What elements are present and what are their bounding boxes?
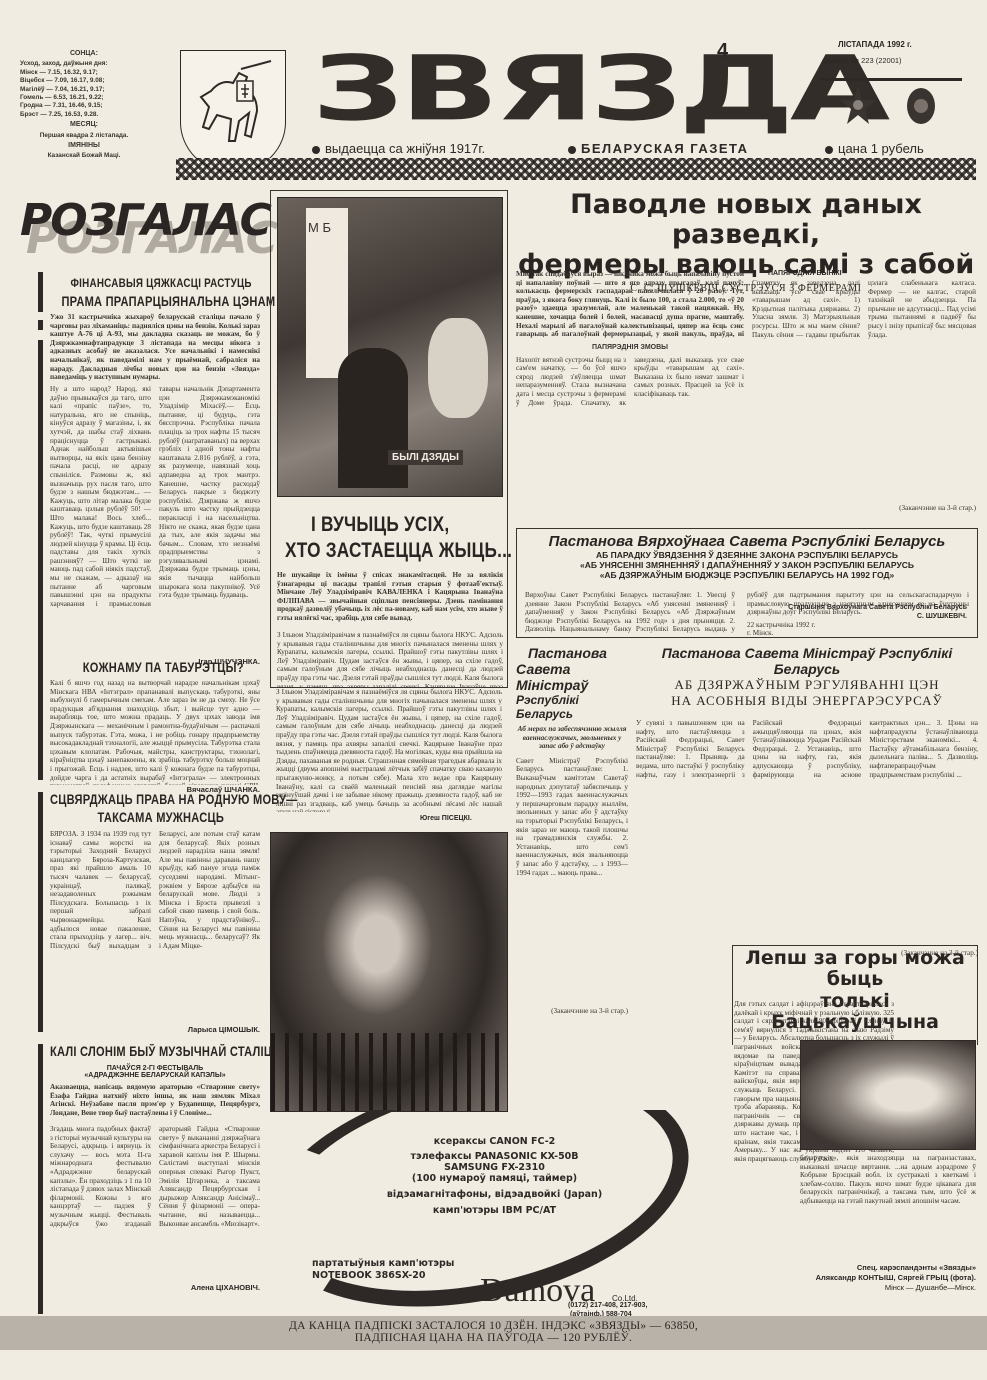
decree-place: г. Мінск. (747, 629, 773, 638)
sun-row: Магілёў — 7.04, 16.21, 9.17; (20, 86, 148, 94)
sun-heading: СОНЦА: (20, 50, 148, 58)
subscription-footer: ДА КАНЦА ПАДПІСКІ ЗАСТАЛОСЯ 10 ДЗЁН. ІНД… (0, 1316, 987, 1350)
photo-story-headline: І ВУЧЫЦЬ УСІХ, (311, 513, 449, 537)
article-kicker: «АДРАДЖЭННЕ БЕЛАРУСКАЙ КАПЭЛЫ» (50, 1072, 260, 1079)
decree-title: Рэспублікі Беларусь (516, 693, 628, 721)
issue-number: серада, № 223 (22001) (822, 56, 902, 65)
decree-title: Пастанова Савета Міністраў Рэспублікі Бе… (636, 645, 978, 677)
date-rule (820, 78, 962, 81)
photo-story: М Б БЫЛІ ДЗЯДЫ І ВУЧЫЦЬ УСІХ, ХТО ЗАСТАЕ… (270, 190, 508, 688)
decree-signer: С. ШУШКЕВІЧ. (777, 613, 967, 620)
decree-body: Савет Міністраў Рэспублікі Беларусь паст… (516, 757, 628, 1007)
continued-note: (Заканчэнне на 3-й стар.) (752, 504, 976, 513)
feature-headline: Лепш за горы можа быць (734, 948, 976, 991)
sun-row: Гродна — 7.31, 16.46, 9.15; (20, 102, 148, 110)
rozgalas-logo: РОЗГАЛАС РОЗГАЛАС (20, 195, 260, 270)
article-headline: КАЛІ СЛОНІМ БЫЎ МУЗЫЧНАЙ СТАЛІЦАЙ... (50, 1044, 222, 1059)
article-body: БЯРОЗА. З 1934 па 1939 год тут існаваў с… (50, 830, 260, 1025)
supreme-council-decree: Пастанова Вярхоўнага Савета Рэспублікі Б… (516, 528, 978, 638)
ad-line: (100 нумароў памяці, таймер) (272, 1173, 717, 1184)
sun-info-box: СОНЦА: Усход, заход, даўжыня дня: Мінск … (20, 48, 148, 161)
article-kicker: ПАЧАЎСЯ 2-ГІ ФЕСТЫВАЛЬ (50, 1065, 260, 1072)
decree-subtitle: АБ ДЗЯРЖАЎНЫМ РЭГУЛЯВАННІ ЦЭН (636, 677, 978, 693)
lead-body-intro: Мне так спадабаўся выраз — шклянка можа … (516, 270, 744, 338)
article-body: Ну а што народ? Народ, які даўно прывыка… (50, 385, 260, 655)
sun-row: Віцебск — 7.09, 16.17, 9.08; (20, 77, 148, 85)
article-author: Ларыса ЦІМОШЫК. (50, 1025, 260, 1034)
section-head: ПАПЯРЭДНІЯ ЗМОВЫ (516, 344, 744, 353)
feature-route: Мінск — Душанбе—Мінск. (780, 1283, 976, 1292)
photo-story-body: З Ільвом Уладзіміравічам я пазнаёміўся л… (277, 631, 503, 687)
soldier-photo (800, 1040, 976, 1150)
photo-story-lead: Не шукайце іх імёны ў спісах знакамітасц… (277, 571, 503, 627)
sun-row: Брэст — 7.25, 16.53, 9.28. (20, 111, 148, 119)
column-rule (38, 272, 43, 312)
lead-story: Паводле новых даных разведкі, фермеры ва… (516, 190, 976, 525)
article-lead: Ужо 31 кастрычніка жыхароў беларускай ст… (50, 313, 260, 381)
article-headline: КОЖНАМУ ПА ТАБУРЭТЦЫ? (50, 660, 222, 675)
elderly-woman-photo (270, 832, 508, 1112)
article-kicker: ФІНАНСАВЫЯ ЦЯЖКАСЦІ РАСТУЦЬ (50, 276, 222, 290)
decree-title: Пастанова Вярхоўнага Савета Рэспублікі Б… (525, 533, 969, 550)
ornament-band (176, 158, 976, 180)
moon-heading: МЕСЯЦ: (20, 121, 148, 129)
sun-intro: Усход, заход, даўжыня дня: (20, 60, 148, 68)
decree-title: Пастанова (516, 645, 628, 661)
article-body: Калі б яшчэ год назад на вытворчай нарад… (50, 679, 260, 785)
crowd-figure (338, 348, 408, 488)
issue-day: 4 (717, 40, 728, 63)
lead-body-text: Спачатку, як заведзена, далі выказаць ус… (752, 279, 976, 504)
decree-body: У сувязі з павышэннем цэн на нафту, што … (636, 719, 978, 949)
issue-month-year: ЛІСТАПАДА 1992 г. (838, 40, 912, 49)
dziady-photo: М Б БЫЛІ ДЗЯДЫ (277, 197, 503, 497)
feature-authors: Аляксандр КОНТЫШ, Сяргей ГРЫЦ (фота). (780, 1273, 976, 1282)
decree-signer-title: Старшыня Вярхоўнага Савета Рэспублікі Бе… (777, 604, 967, 611)
column-rule (38, 792, 43, 1032)
article-headline: ТАКСАМА МУЖНАСЦЬ (50, 810, 222, 825)
price-line: цана 1 рубель (825, 141, 924, 156)
decree-title: Савета Міністраў (516, 661, 628, 693)
article-body: Згадаць многа падобных фактаў з гісторыі… (50, 1125, 260, 1283)
sun-row: Гомель — 6.53, 16.21, 9.22; (20, 94, 148, 102)
moon-text: Першая квадра 2 лістапада. (20, 132, 148, 140)
feature-photo-caption: беларускіх», якія знаходзяцца на пагранз… (800, 1154, 976, 1256)
masthead-title: ЗВЯЗДА (312, 44, 732, 144)
decree-subtitle: НА АСОБНЫЯ ВІДЫ ЭНЕРГАРЭСУРСАЎ (636, 693, 978, 709)
feature-author-title: Спец. карэспандэнты «Звязды» (780, 1263, 976, 1272)
namedays-heading: ІМЯНІНЫ (20, 142, 148, 150)
footer-line: ПАДПІСНАЯ ЦАНА НА ПАЎГОДА — 120 РУБЛЁЎ. (0, 1332, 987, 1344)
ad-line: SAMSUNG FX-2310 (272, 1162, 717, 1173)
subtitle-line: БЕЛАРУСКАЯ ГАЗЕТА (568, 141, 749, 156)
decree-subtitle: Аб мерах па забеспячэнню жылля ваеннаслу… (516, 725, 628, 751)
sun-row: Мінск — 7.15, 16.32, 9.17; (20, 69, 148, 77)
rozgalas-logo-text: РОЗГАЛАС (20, 195, 270, 246)
article-headline: ПРАМА ПРАПАРЦЫЯНАЛЬНА ЦЭНАМ (50, 294, 222, 309)
lead-body-text: Нахопіт вятнэй сустрэчы быцц на з сам'ем… (516, 356, 744, 516)
photo-story-body-cont: З Ільвом Уладзіміравічам я пазнаёміўся л… (276, 688, 502, 812)
column-rule (38, 1044, 43, 1314)
ad-line: NOTEBOOK 386SX-20 (312, 1270, 425, 1281)
ad-line: відэамагнітафоны, відэадвойкі (Japan) (272, 1189, 717, 1200)
ad-phones: (0172) 217-408, 217-903, (568, 1302, 647, 1309)
wreath (428, 318, 488, 418)
lead-body: Мне так спадабаўся выраз — шклянка можа … (516, 270, 744, 520)
photo-story-author: Югеш ПІСЕЦКІ. (420, 815, 472, 822)
fence (271, 1033, 507, 1111)
article-headline: СЦВЯРДЖАЦЬ ПРАВА НА РОДНУЮ МОВУ— (50, 792, 222, 807)
column-rule (38, 340, 43, 780)
order-star-icon (840, 86, 876, 126)
decree-subtitle: АБ ПАРАДКУ ЎВЯДЗЕННЯ Ў ДЗЕЯННЕ ЗАКОНА РЭ… (525, 550, 969, 560)
article-lead: Аказваецца, напісаць вядомую араторыю «С… (50, 1083, 260, 1119)
photo-caption: БЫЛІ ДЗЯДЫ (388, 450, 463, 465)
decree-body: Вярхоўны Савет Рэспублікі Беларусь паста… (525, 591, 735, 635)
subtitle-text: БЕЛАРУСКАЯ ГАЗЕТА (581, 141, 749, 156)
continued-note: (Заканчэнне на 3-й стар.) (516, 1007, 628, 1016)
article-language: СЦВЯРДЖАЦЬ ПРАВА НА РОДНУЮ МОВУ— ТАКСАМА… (50, 792, 260, 1034)
ad-lines: ксераксы CANON FC-2 тэлефаксы PANASONIC … (272, 1136, 717, 1216)
section-head: ПАПЯРЭДНІЯ ВЫНІКІ (752, 270, 976, 277)
decree-subtitle: «АБ УНЯСЕННІ ЗМЯНЕННЯЎ І ДАПАЎНЕННЯЎ У З… (525, 560, 969, 570)
ministers-decree-energy: Пастанова Савета Міністраў Рэспублікі Бе… (636, 645, 978, 958)
photo-story-headline: ХТО ЗАСТАЕЦЦА ЖЫЦЬ... (285, 539, 512, 563)
pahonia-crest-icon (180, 50, 286, 172)
footer-line: ДА КАНЦА ПАДПІСКІ ЗАСТАЛОСЯ 10 ДЗЁН. ІНД… (0, 1320, 987, 1332)
article-stools: КОЖНАМУ ПА ТАБУРЭТЦЫ? Калі б яшчэ год на… (50, 660, 260, 794)
founded-line: выдаецца са жніўня 1917г. (312, 141, 485, 156)
article-finances: ФІНАНСАВЫЯ ЦЯЖКАСЦІ РАСТУЦЬ ПРАМА ПРАПАР… (50, 276, 260, 666)
ad-line: партатыўныя камп'ютэры (312, 1258, 454, 1269)
namedays-text: Казанскай Божай Маці. (20, 152, 148, 160)
order-medal-icon (905, 86, 937, 126)
ad-line: ксераксы CANON FC-2 (272, 1136, 717, 1147)
lead-body-right: ПАПЯРЭДНІЯ ВЫНІКІ Спачатку, як заведзена… (752, 270, 976, 520)
ad-line: камп'ютэры IBM PC/AT (272, 1205, 717, 1216)
founded-text: выдаецца са жніўня 1917г. (325, 141, 485, 156)
article-author: Алена ЦІХАНОВІЧ. (50, 1283, 260, 1292)
decree-subtitle: «АБ ДЗЯРЖАЎНЫМ БЮДЖЭЦЕ РЭСПУБЛІКІ БЕЛАРУ… (525, 570, 969, 580)
column-rule (38, 320, 43, 330)
ad-line: тэлефаксы PANASONIC KX-50B (272, 1151, 717, 1162)
dainova-advert: ксераксы CANON FC-2 тэлефаксы PANASONIC … (272, 1110, 717, 1315)
article-slonim: КАЛІ СЛОНІМ БЫЎ МУЗЫЧНАЙ СТАЛІЦАЙ... ПАЧ… (50, 1044, 260, 1292)
placard-sign: М Б (308, 220, 331, 235)
ministers-decree-housing: Пастанова Савета Міністраў Рэспублікі Бе… (516, 645, 628, 1015)
lead-headline: Паводле новых даных разведкі, (516, 190, 976, 250)
price-text: цана 1 рубель (838, 141, 924, 156)
